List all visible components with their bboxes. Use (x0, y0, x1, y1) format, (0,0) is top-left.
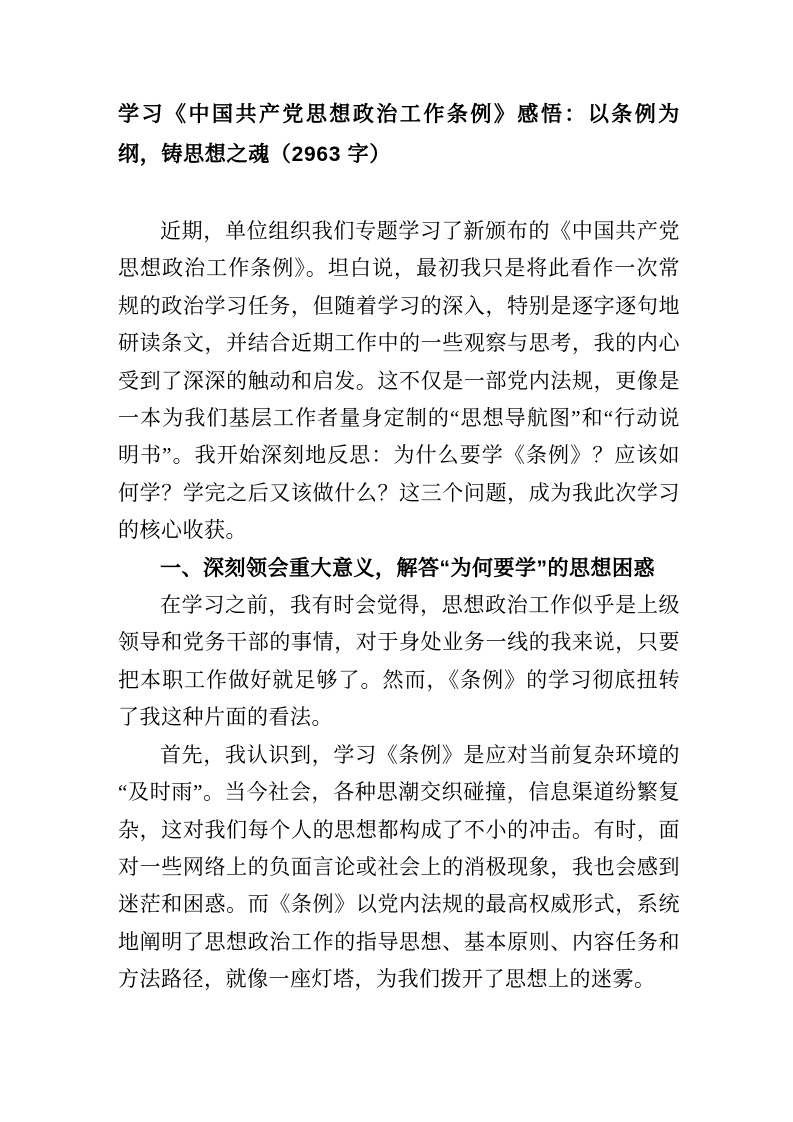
paragraph-intro: 近期，单位组织我们专题学习了新颁布的《中国共产党思想政治工作条例》。坦白说，最初… (118, 213, 680, 550)
paragraph-body-2: 在学习之前，我有时会觉得，思想政治工作似乎是上级领导和党务干部的事情，对于身处业… (118, 587, 680, 737)
paragraph-body-3: 首先，我认识到，学习《条例》是应对当前复杂环境的“及时雨”。当今社会，各种思潮交… (118, 737, 680, 999)
document-page: 学习《中国共产党思想政治工作条例》感悟：以条例为纲，铸思想之魂（2963 字） … (0, 0, 793, 1122)
document-title: 学习《中国共产党思想政治工作条例》感悟：以条例为纲，铸思想之魂（2963 字） (118, 95, 680, 175)
section-heading-1: 一、深刻领会重大意义，解答“为何要学”的思想困惑 (118, 550, 680, 587)
